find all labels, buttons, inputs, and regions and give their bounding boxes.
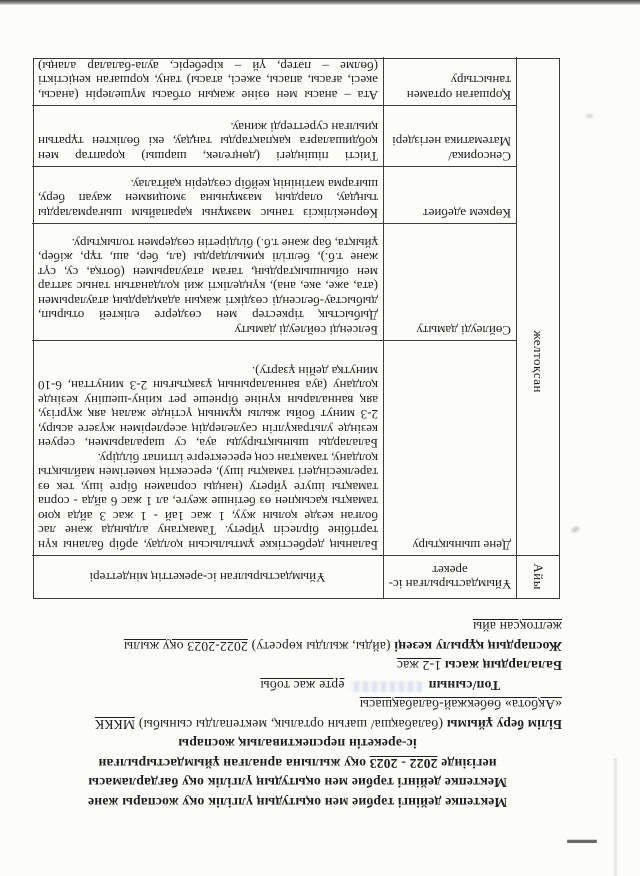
scan-edge-shadow bbox=[613, 758, 618, 876]
table-row-activity: Көркем әдебиет bbox=[384, 167, 517, 224]
table-row-activity: Сенсорика/ Математика негіздері bbox=[384, 106, 517, 167]
table-month-cell: желтоқсан bbox=[517, 57, 559, 556]
task-paragraph: Тиісті пішіндегі (дөңгелек, шаршы) қорап… bbox=[38, 120, 378, 164]
task-paragraph: Ата – анасы мен өзіне жақын отбасы мүшел… bbox=[38, 57, 378, 102]
table-row-activity: Дене шынықтыру bbox=[384, 341, 517, 556]
scan-edge-dark-line bbox=[0, 0, 640, 5]
table-row-tasks: Баланың дербестікке ұмтылысын қолдау, әр… bbox=[32, 341, 384, 556]
title-years: 2022 - 2023 bbox=[370, 756, 438, 771]
scanned-document-page: Мектепке дейінгі тәрбие мен оқытудың үлг… bbox=[0, 0, 640, 876]
period-value: 2022-2023 оқу жылы bbox=[124, 639, 248, 654]
table-header-month: Айы bbox=[517, 556, 559, 598]
period-note: (айды, жылды көрсету) bbox=[251, 639, 390, 654]
organization-line: Білім беру ұйымы (балабақша/ шағын ортал… bbox=[33, 715, 562, 735]
organization-abbr: МККК bbox=[95, 717, 135, 732]
title-line-3-post: оқу жылына арналған ұйымдастырылған bbox=[98, 756, 366, 771]
organization-name-line: «Ақбота» бөбекжай-балабақшасы bbox=[33, 695, 562, 715]
task-paragraph: Белсенді сөйлеуді дамыту bbox=[38, 323, 378, 338]
scan-speck bbox=[586, 114, 593, 118]
title-line-2: Мектепке дейінгі тәрбие мен оқытудың үлг… bbox=[33, 773, 562, 793]
organization-name: «Ақбота» бөбекжай-балабақшасы bbox=[360, 698, 562, 713]
period-month-value: желтоқсан айы bbox=[473, 620, 562, 635]
table-header-activity: Ұйымдастырылған іс-әрекет bbox=[384, 556, 517, 598]
group-value: ерте жас тобы bbox=[260, 678, 344, 693]
table-row-tasks: Көрнекіліксіз таныс мазмұны қарапайым шы… bbox=[32, 167, 384, 224]
table-row-tasks: Ата – анасы мен өзіне жақын отбасы мүшел… bbox=[32, 57, 384, 106]
group-line: Топ/сыныперте жас тобы bbox=[33, 676, 562, 696]
table-row-tasks: Белсенді сөйлеуді дамыту Дыбыстық тіркес… bbox=[32, 224, 384, 341]
table-row-activity: Сөйлеуді дамыту bbox=[384, 224, 517, 341]
title-line-3-pre: негізінде bbox=[441, 756, 497, 771]
title-line-4: іс-әрекетін перспективалық жоспары bbox=[33, 734, 562, 754]
age-line: Балалардың жасы 1-2 жас bbox=[33, 656, 562, 676]
organization-label: Білім беру ұйымы bbox=[447, 717, 562, 732]
scan-speck bbox=[570, 525, 580, 534]
pen-dash-mark bbox=[567, 840, 597, 843]
table-row-activity: Қоршаған ортамен таныстыру bbox=[384, 57, 517, 106]
organization-type: (балабақша/ шағын орталық, мектепалды сы… bbox=[139, 717, 443, 732]
plan-table: Айы Ұйымдастырылған іс-әрекет Ұйымдастыр… bbox=[33, 58, 560, 599]
title-line-1: Мектепке дейінгі тәрбие мен оқытудың үлг… bbox=[33, 793, 562, 813]
erased-correction-mark bbox=[350, 681, 422, 692]
table-header-month-label: Айы bbox=[531, 564, 546, 591]
task-paragraph: Баланың дербестікке ұмтылысын қолдау, әр… bbox=[38, 451, 378, 553]
age-label: Балалардың жасы bbox=[445, 659, 562, 674]
table-row-tasks: Тиісті пішіндегі (дөңгелек, шаршы) қорап… bbox=[32, 106, 384, 167]
task-paragraph: Көрнекіліксіз таныс мазмұны қарапайым шы… bbox=[38, 177, 378, 221]
period-label: Жоспардың құрылу кезеңі bbox=[394, 639, 562, 654]
document-heading-block: Мектепке дейінгі тәрбие мен оқытудың үлг… bbox=[33, 617, 562, 812]
title-line-3: негізінде 2022 - 2023 оқу жылына арналға… bbox=[33, 754, 562, 774]
task-paragraph: Балаларды шынықтыруды ауа, су шараларыме… bbox=[38, 364, 378, 451]
task-paragraph: Дыбыстық тіркестер мен сөздерге еліктей … bbox=[38, 236, 378, 323]
month-value: желтоқсан bbox=[531, 331, 546, 394]
period-line: Жоспардың құрылу кезеңі (айды, жылды көр… bbox=[33, 637, 562, 657]
period-month-line: желтоқсан айы bbox=[33, 617, 562, 637]
group-label: Топ/сынып bbox=[428, 678, 500, 693]
table-header-tasks: Ұйымдастырылған іс-әрекеттің міндеттері bbox=[32, 556, 384, 598]
age-value: 1-2 жас bbox=[397, 659, 441, 674]
